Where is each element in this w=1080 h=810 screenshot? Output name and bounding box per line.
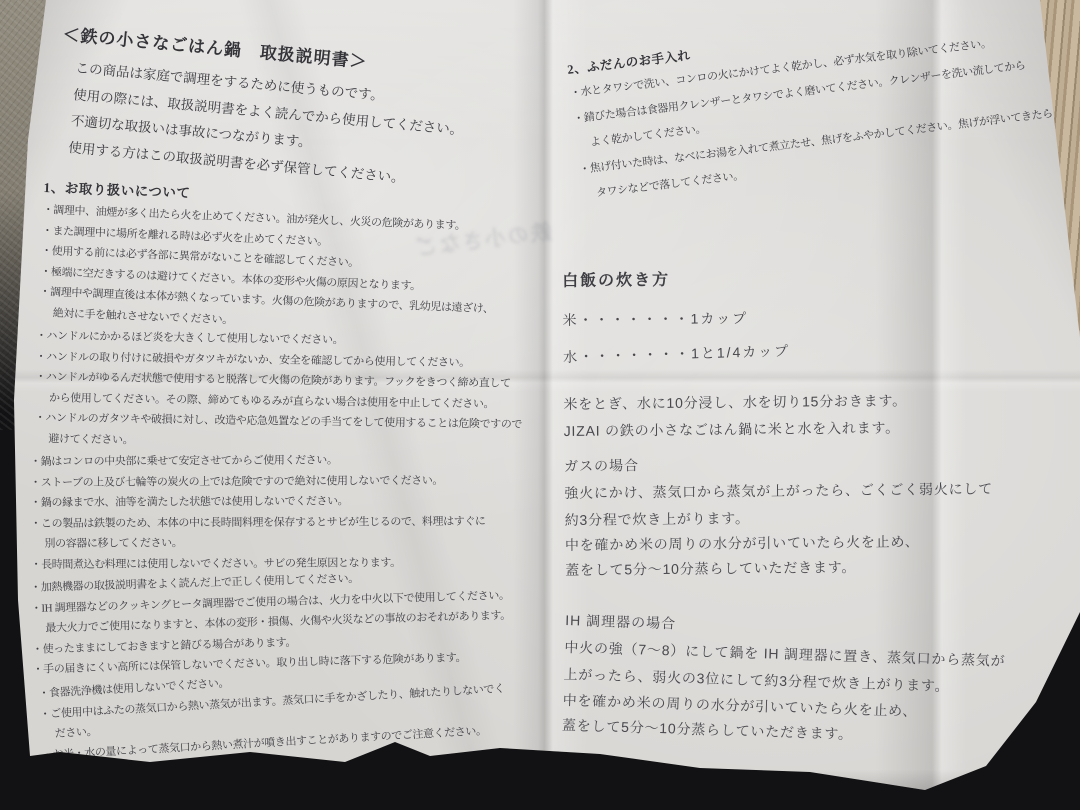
handling-section-mid: ・鍋はコンロの中央部に乗せて安定させてからご使用ください。 ・ストーブの上及び七… <box>30 450 486 575</box>
instruction-line: ・鍋の縁まで水、油等を満たした状態では使用しないでください。 <box>30 491 485 514</box>
ih-heading: IH 調理器の場合 <box>565 610 676 633</box>
ingredient-line: 水・・・・・・・1と1/4カップ <box>563 341 791 367</box>
gas-line: 約3分程で炊き上がります。 <box>565 508 750 530</box>
paper-sheet: ＜鉄の小さなごはん鍋 取扱説明書＞ この商品は家庭で調理をするために使うものです… <box>0 0 1080 810</box>
gas-line: 中を確かめ米の周りの水分が引いていたら火を止め、 <box>565 531 920 555</box>
handling-section-handle: ・ハンドルにかかるほど炎を大きくして使用しないでください。 ・ハンドルの取り付け… <box>34 326 523 456</box>
care-section: 2、ふだんのお手入れ ・水とタワシで洗い、コンロの火にかけてよく乾かし、必ず水気… <box>566 2 1057 209</box>
title-block: ＜鉄の小さなごはん鍋 取扱説明書＞ この商品は家庭で調理をするために使うものです… <box>51 20 470 196</box>
prep-line: JIZAI の鉄の小さなごはん鍋に米と水を入れます。 <box>564 417 900 441</box>
instruction-line: ・ストーブの上及び七輪等の炭火の上では危険ですので絶対に使用しないでください。 <box>30 470 485 493</box>
ih-line: 蓋をして5分～10分蒸らしていただきます。 <box>562 715 854 744</box>
rice-section-title: 白飯の炊き方 <box>562 267 670 291</box>
instruction-line: ・鍋はコンロの中央部に乗せて安定させてからご使用ください。 <box>30 450 485 473</box>
instruction-line: ・この製品は鉄製のため、本体の中に長時間料理を保存するとサビが生じるので、料理は… <box>30 511 485 534</box>
ingredient-line: 米・・・・・・・1カップ <box>562 308 748 330</box>
rice-cooking-section: 白飯の炊き方 米・・・・・・・1カップ 水・・・・・・・1と1/4カップ 米をと… <box>562 263 1077 748</box>
instruction-line: 別の容器に移してください。 <box>30 532 485 555</box>
prep-line: 米をとぎ、水に10分浸し、水を切り15分おきます。 <box>563 390 907 414</box>
gas-line: 強火にかけ、蒸気口から蒸気が上がったら、ごくごく弱火にして <box>564 478 993 502</box>
gas-heading: ガスの場合 <box>564 455 639 476</box>
photo-of-instruction-sheet: ＜鉄の小さなごはん鍋 取扱説明書＞ この商品は家庭で調理をするために使うものです… <box>0 0 1080 810</box>
gas-line: 蓋をして5分～10分蒸らしていただきます。 <box>565 557 856 580</box>
